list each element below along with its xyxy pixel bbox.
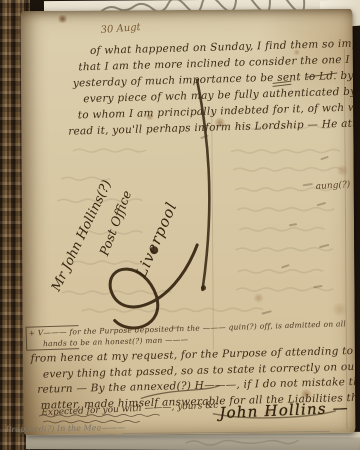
footnote-bracket: [25, 325, 79, 351]
letter-body-top: of what happened on Sunday, I find them …: [54, 36, 351, 140]
letter-page: 30 Augt of what happened on Sunday, I fi…: [21, 9, 356, 435]
bleed-through-writing: [57, 125, 342, 328]
margin-word: aung(?): [315, 180, 350, 192]
letterbook-photo: 30 Augt of what happened on Sunday, I fi…: [0, 0, 360, 450]
